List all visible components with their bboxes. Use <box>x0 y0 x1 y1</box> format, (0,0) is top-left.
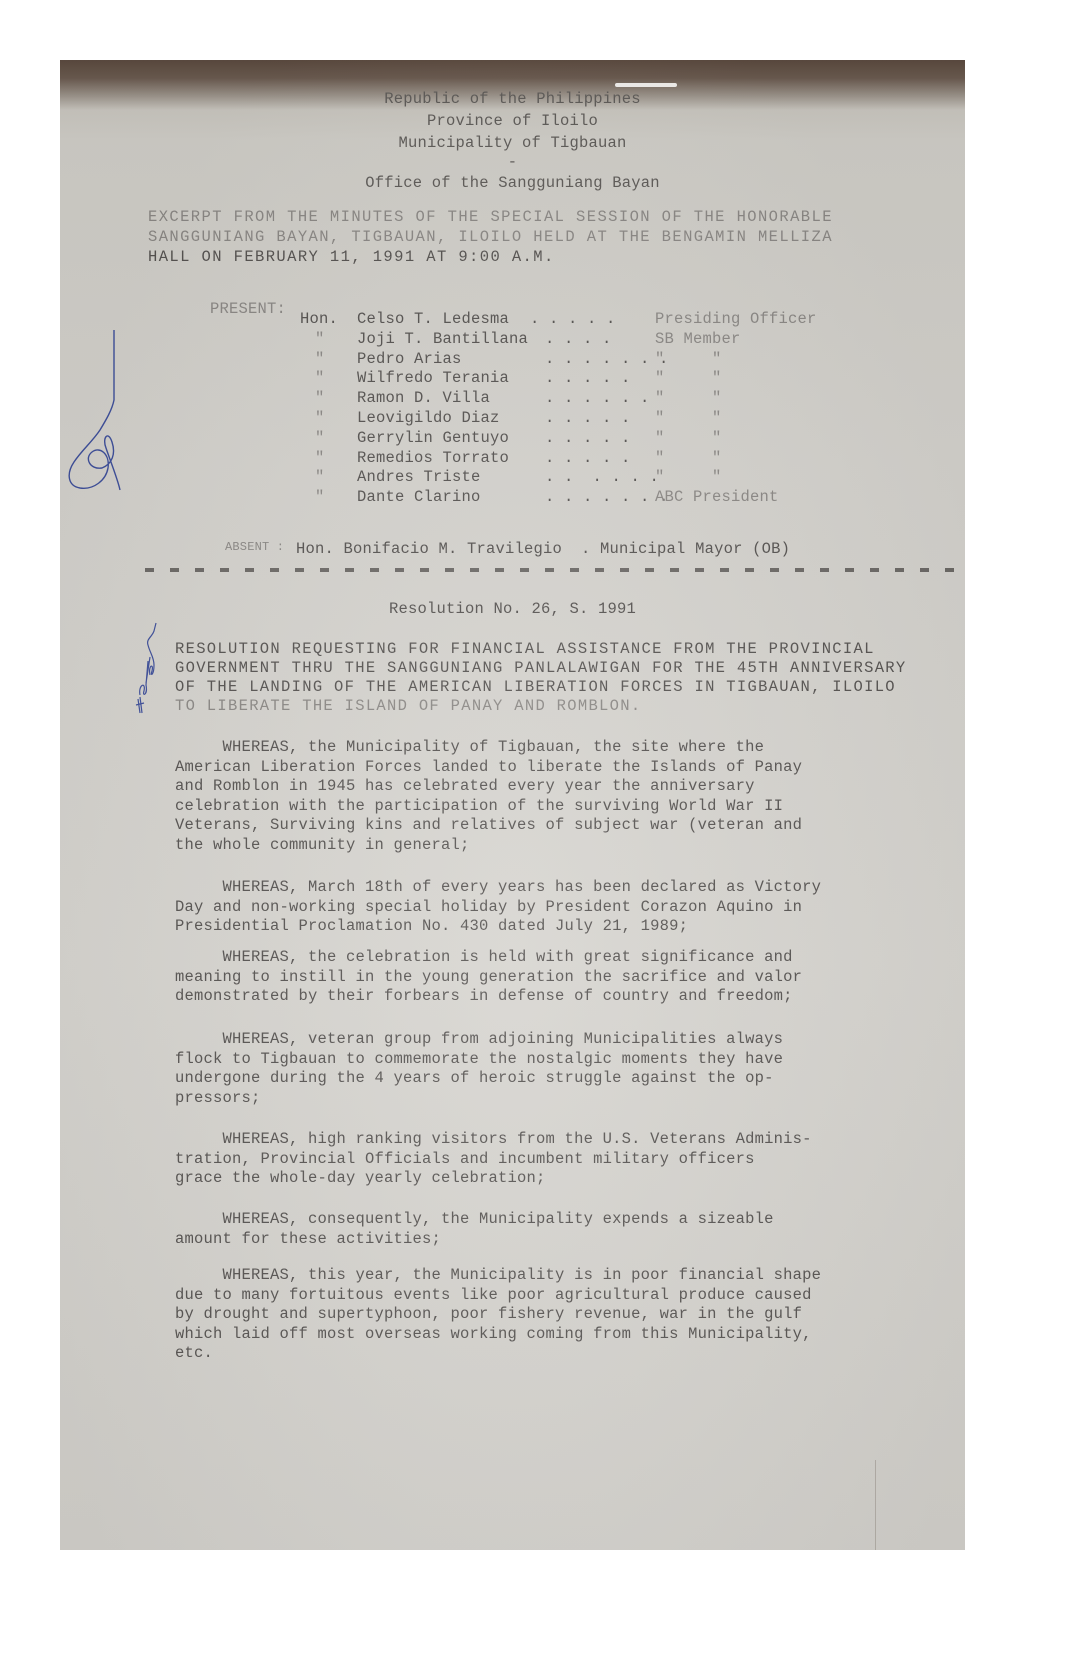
paper-scratch <box>615 83 677 87</box>
whereas-line: Presidential Proclamation No. 430 dated … <box>175 917 688 936</box>
present-label: PRESENT: <box>210 300 286 319</box>
member-dots: . . . . . <box>545 449 631 468</box>
whereas-line: undergone during the 4 years of heroic s… <box>175 1069 774 1088</box>
member-name: Remedios Torrato <box>357 449 509 468</box>
resolution-heading-line: RESOLUTION REQUESTING FOR FINANCIAL ASSI… <box>175 640 875 659</box>
member-prefix: " <box>315 449 325 468</box>
whereas-line: due to many fortuitous events like poor … <box>175 1286 812 1305</box>
member-role: ABC President <box>655 488 779 507</box>
header-province: Province of Iloilo <box>60 112 965 131</box>
member-dots: . . . . . . . <box>545 350 669 369</box>
member-name: Leovigildo Diaz <box>357 409 500 428</box>
member-name: Ramon D. Villa <box>357 389 490 408</box>
member-name: Pedro Arias <box>357 350 462 369</box>
member-dots: . . . . . . <box>545 389 650 408</box>
whereas-line: which laid off most overseas working com… <box>175 1325 812 1344</box>
document-page: Republic of the Philippines Province of … <box>60 60 965 1550</box>
member-dots: . . . . . <box>545 429 631 448</box>
excerpt-line-1: EXCERPT FROM THE MINUTES OF THE SPECIAL … <box>148 208 833 227</box>
member-name: Celso T. Ledesma <box>357 310 509 329</box>
section-divider <box>145 568 965 572</box>
whereas-line: Day and non-working special holiday by P… <box>175 898 802 917</box>
whereas-line: flock to Tigbauan to commemorate the nos… <box>175 1050 783 1069</box>
member-role: " " <box>655 449 722 468</box>
member-dots: . . . . . <box>545 409 631 428</box>
whereas-line: WHEREAS, the celebration is held with gr… <box>175 948 793 967</box>
member-prefix: " <box>315 468 325 487</box>
member-dots: . . . . <box>545 330 612 349</box>
excerpt-line-3: HALL ON FEBRUARY 11, 1991 AT 9:00 A.M. <box>148 248 555 267</box>
resolution-heading-line: GOVERNMENT THRU THE SANGGUNIANG PANLALAW… <box>175 659 907 678</box>
member-name: Wilfredo Terania <box>357 369 509 388</box>
excerpt-line-2: SANGGUNIANG BAYAN, TIGBAUAN, ILOILO HELD… <box>148 228 833 247</box>
absent-label: ABSENT : <box>225 538 284 557</box>
member-role: " " <box>655 429 722 448</box>
member-dots: . . . . . <box>530 310 616 329</box>
whereas-line: and Romblon in 1945 has celebrated every… <box>175 777 755 796</box>
member-prefix: " <box>315 409 325 428</box>
member-dots: . . . . . <box>545 369 631 388</box>
whereas-line: WHEREAS, the Municipality of Tigbauan, t… <box>175 738 764 757</box>
whereas-line: WHEREAS, this year, the Municipality is … <box>175 1266 821 1285</box>
member-prefix: " <box>315 330 325 349</box>
member-role: " " <box>655 409 722 428</box>
whereas-line: WHEREAS, veteran group from adjoining Mu… <box>175 1030 783 1049</box>
whereas-line: WHEREAS, March 18th of every years has b… <box>175 878 821 897</box>
whereas-line: amount for these activities; <box>175 1230 441 1249</box>
whereas-line: meaning to instill in the young generati… <box>175 968 802 987</box>
signature-initials-icon <box>62 330 122 500</box>
whereas-line: demonstrated by their forbears in defens… <box>175 987 793 1006</box>
member-prefix: " <box>315 429 325 448</box>
absent-entry: Hon. Bonifacio M. Travilegio . Municipal… <box>296 540 790 559</box>
whereas-line: pressors; <box>175 1089 261 1108</box>
header-municipality: Municipality of Tigbauan <box>60 134 965 153</box>
resolution-heading-line: OF THE LANDING OF THE AMERICAN LIBERATIO… <box>175 678 896 697</box>
paper-fold-line <box>875 1460 876 1550</box>
member-role: Presiding Officer <box>655 310 817 329</box>
member-role: " " <box>655 369 722 388</box>
whereas-line: WHEREAS, high ranking visitors from the … <box>175 1130 812 1149</box>
whereas-line: etc. <box>175 1344 213 1363</box>
member-prefix: " <box>315 350 325 369</box>
member-name: Gerrylin Gentuyo <box>357 429 509 448</box>
header-office: Office of the Sangguniang Bayan <box>60 174 965 193</box>
member-name: Joji T. Bantillana <box>357 330 528 349</box>
member-role: SB Member <box>655 330 741 349</box>
member-prefix: Hon. <box>300 310 338 329</box>
whereas-line: the whole community in general; <box>175 836 470 855</box>
member-prefix: " <box>315 369 325 388</box>
member-role: " " <box>655 389 722 408</box>
member-role: " " <box>655 350 722 369</box>
whereas-line: tration, Provincial Officials and incumb… <box>175 1150 755 1169</box>
member-prefix: " <box>315 488 325 507</box>
whereas-line: grace the whole-day yearly celebration; <box>175 1169 546 1188</box>
signature-hbillug-icon <box>132 605 158 715</box>
whereas-line: celebration with the participation of th… <box>175 797 783 816</box>
header-republic: Republic of the Philippines <box>60 90 965 109</box>
resolution-title: Resolution No. 26, S. 1991 <box>60 600 965 619</box>
member-name: Dante Clarino <box>357 488 481 507</box>
member-prefix: " <box>315 389 325 408</box>
member-role: " " <box>655 468 722 487</box>
whereas-line: WHEREAS, consequently, the Municipality … <box>175 1210 774 1229</box>
member-dots: . . . . . . . <box>545 488 669 507</box>
member-dots: . . . . . . <box>545 468 659 487</box>
whereas-line: by drought and supertyphoon, poor fisher… <box>175 1305 802 1324</box>
header-separator: - <box>60 153 965 172</box>
member-name: Andres Triste <box>357 468 481 487</box>
resolution-heading-line: TO LIBERATE THE ISLAND OF PANAY AND ROMB… <box>175 697 641 716</box>
whereas-line: American Liberation Forces landed to lib… <box>175 758 802 777</box>
whereas-line: Veterans, Surviving kins and relatives o… <box>175 816 802 835</box>
